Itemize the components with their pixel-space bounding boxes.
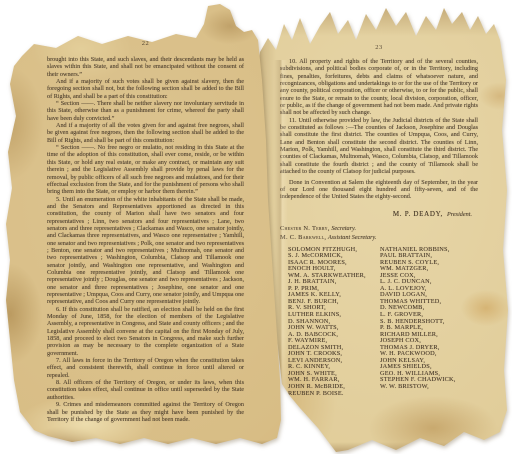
president-title: President. (447, 211, 472, 218)
paragraph: And if a majority of such votes shall be… (47, 78, 244, 100)
paragraph: 5. Until an enumeration of the white inh… (47, 196, 244, 306)
paragraph: 10. All property and rights of the Terri… (280, 58, 478, 117)
paragraph: 11. Until otherwise provided by law, the… (280, 117, 478, 176)
page-left-text: brought into this State, and such slaves… (47, 56, 244, 423)
delegate-list: SOLOMON FITZHUGH,S. J. McCORMICK,ISAAC R… (280, 247, 478, 398)
paragraph: 9. Crimes and misdemeanors committed aga… (47, 401, 244, 423)
delegate-column-1: SOLOMON FITZHUGH,S. J. McCORMICK,ISAAC R… (288, 247, 380, 398)
page-right-text: 10. All property and rights of the Terri… (280, 58, 478, 397)
paragraph: “ Section ——. There shall be neither sla… (47, 100, 244, 122)
paragraph: brought into this State, and such slaves… (47, 56, 244, 78)
page-number-right: 23 (280, 44, 478, 51)
paragraph: 6. If this constitution shall be ratifie… (47, 306, 244, 357)
officer-signature: M. C. Barkwell, Assistant Secretary. (280, 233, 478, 242)
officer-title: Assistant Secretary. (328, 234, 377, 241)
delegate-column-2: NATHANIEL ROBBINS,PAUL BRATTAIN,REUBEN S… (380, 247, 478, 398)
page-left: 22 brought into this State, and such sla… (6, 4, 290, 450)
page-left-wrap: 22 brought into this State, and such sla… (6, 4, 290, 450)
president-name: M. P. DEADY, (393, 210, 443, 218)
paragraph: “ Section ——. No free negro or mulatto, … (47, 144, 244, 195)
delegate-name: REUBEN P. BOISE. (288, 391, 380, 398)
officer-signatures: Chester N. Terry, Secretary. M. C. Barkw… (280, 224, 478, 242)
document-scan: 23 10. All property and rights of the Te… (0, 0, 512, 454)
paragraph: And if a majority of all the votes given… (47, 122, 244, 144)
paragraph: 8. All officers of the Territory of Oreg… (47, 379, 244, 401)
officer-signature: Chester N. Terry, Secretary. (280, 224, 478, 233)
right-paragraphs: 10. All property and rights of the Terri… (280, 58, 478, 176)
paragraph: 7. All laws in force in the Territory of… (47, 357, 244, 379)
officer-title: Secretary. (331, 225, 356, 232)
closing-paragraph: Done in Convention at Salem the eighteen… (280, 179, 478, 201)
left-paragraphs: brought into this State, and such slaves… (47, 56, 244, 423)
president-signature: M. P. DEADY, President. (280, 203, 472, 221)
page-number-left: 22 (47, 40, 244, 47)
delegate-name: W. W. BRISTOW, (380, 384, 478, 391)
